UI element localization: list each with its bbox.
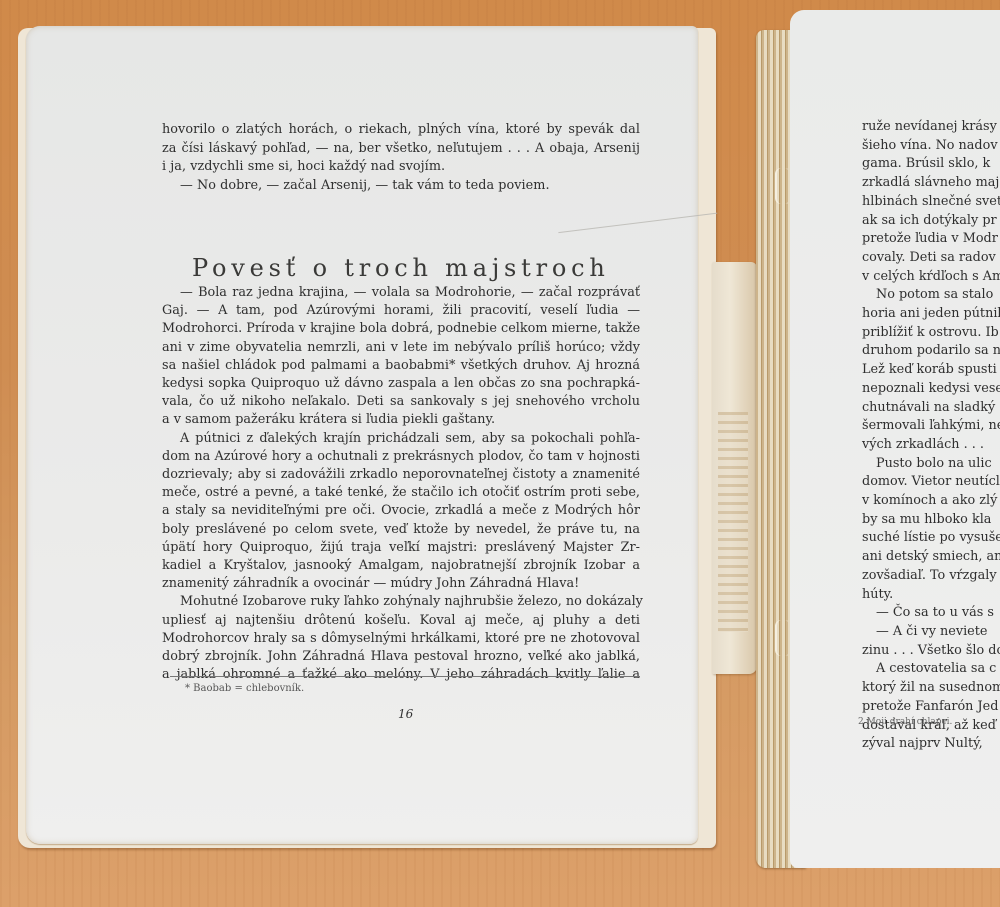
text-line: v komínoch a ako zlý xyxy=(862,492,1000,511)
text-line: by sa mu hlboko kla xyxy=(862,511,1000,530)
text-line: pretože ľudia v Modr xyxy=(862,230,1000,249)
footnote: * Baobab = chlebovník. xyxy=(185,683,304,694)
text-line: kadiel a Kryštalov, jasnooký Amalgam, na… xyxy=(162,557,640,575)
text-line: priblížiť k ostrovu. Ib xyxy=(862,324,1000,343)
text-line: znamenitý záhradník a ovocinár — múdry J… xyxy=(162,575,640,593)
text-line: zovšadiaľ. To vŕzgaly xyxy=(862,567,1000,586)
text-line: zýval najprv Nultý, xyxy=(862,735,1000,754)
text-line: upliesť aj najtenšiu drôtenú košeľu. Kov… xyxy=(162,612,640,630)
page-number: 16 xyxy=(398,707,413,721)
text-line: a v samom pažeráku krátera si ľudia piek… xyxy=(162,411,640,429)
text-line: zrkadlá slávneho maj xyxy=(862,174,1000,193)
text-line: hovorilo o zlatých horách, o riekach, pl… xyxy=(162,121,640,140)
intro-paragraph: hovorilo o zlatých horách, o riekach, pl… xyxy=(162,121,640,195)
binding-thread xyxy=(775,620,791,656)
text-line: boly preslávené po celom svete, veď ktož… xyxy=(162,521,640,539)
text-line: A pútnici z ďalekých krajín prichádzali … xyxy=(162,430,640,448)
story-text: — Bola raz jedna krajina, — volala sa Mo… xyxy=(162,284,640,684)
text-line: a staly sa neviditeľnými pre oči. Ovocie… xyxy=(162,502,640,520)
binding-thread xyxy=(775,168,791,204)
text-line: zinu . . . Všetko šlo do xyxy=(862,642,1000,661)
text-line: ani v zime obyvatelia nemrzli, ani v let… xyxy=(162,339,640,357)
text-line: šermovali ľahkými, ne xyxy=(862,417,1000,436)
text-line: A cestovatelia sa c xyxy=(862,660,1000,679)
text-line: Mohutné Izobarove ruky ľahko zohýnaly na… xyxy=(162,593,640,611)
text-line: covaly. Deti sa radov xyxy=(862,249,1000,268)
right-page-text: ruže nevídanej krásyšieho vína. No nadov… xyxy=(862,118,1000,754)
text-line: — Čo sa to u vás s xyxy=(862,604,1000,623)
right-footnote: 2 Moji drahí chlapci. xyxy=(858,717,952,727)
text-line: chutnávali na sladký xyxy=(862,399,1000,418)
footnote-divider xyxy=(170,676,640,677)
text-line: hlbinách slnečné svet xyxy=(862,193,1000,212)
text-line: suché lístie po vysuše xyxy=(862,529,1000,548)
text-line: pretože Fanfarón Jed xyxy=(862,698,1000,717)
text-line: Gaj. — A tam, pod Azúrovými horami, žili… xyxy=(162,302,640,320)
text-line: Modrohorci. Príroda v krajine bola dobrá… xyxy=(162,320,640,338)
text-line: — A či vy neviete xyxy=(862,623,1000,642)
text-line: šieho vína. No nadov xyxy=(862,137,1000,156)
text-line: domov. Vietor neutícl xyxy=(862,473,1000,492)
text-line: horia ani jeden pútnik xyxy=(862,305,1000,324)
text-line: meče, ostré a pevné, a také tenké, že st… xyxy=(162,484,640,502)
text-line: úpätí hory Quiproquo, žijú traja veľkí m… xyxy=(162,539,640,557)
text-line: — Bola raz jedna krajina, — volala sa Mo… xyxy=(162,284,640,302)
text-line: ruže nevídanej krásy xyxy=(862,118,1000,137)
text-line: dozrievaly; aby si zadovážili zrkadlo ne… xyxy=(162,466,640,484)
torn-page-strip xyxy=(712,262,757,674)
text-line: kedysi sopka Quiproquo už dávno zaspala … xyxy=(162,375,640,393)
text-line: ani detský smiech, an xyxy=(862,548,1000,567)
text-line: druhom podarilo sa n xyxy=(862,342,1000,361)
text-line: dobrý zbrojník. John Záhradná Hlava pest… xyxy=(162,648,640,666)
text-line: ak sa ich dotýkaly pr xyxy=(862,212,1000,231)
text-line: Modrohorcov hraly sa s dômyselnými hrkál… xyxy=(162,630,640,648)
text-line: No potom sa stalo xyxy=(862,286,1000,305)
text-line: Lež keď koráb spusti xyxy=(862,361,1000,380)
text-line: ktorý žil na susednom xyxy=(862,679,1000,698)
text-line: vých zrkadlách . . . xyxy=(862,436,1000,455)
text-line: nepoznali kedysi vese xyxy=(862,380,1000,399)
text-line: Pusto bolo na ulic xyxy=(862,455,1000,474)
text-line: vala, čo už nikoho neľakalo. Deti sa san… xyxy=(162,393,640,411)
chapter-title: Povesť o troch majstroch xyxy=(192,254,612,282)
text-line: sa našiel chládok pod palmami a baobabmi… xyxy=(162,357,640,375)
text-line: húty. xyxy=(862,586,1000,605)
text-line: i ja, vzdychli sme si, hoci každý nad sv… xyxy=(162,158,640,177)
text-line: v celých kŕdľoch s Am xyxy=(862,268,1000,287)
text-line: — No dobre, — začal Arsenij, — tak vám t… xyxy=(162,177,640,196)
text-line: dom na Azúrové hory a ochutnali z prekrá… xyxy=(162,448,640,466)
text-line: gama. Brúsil sklo, k xyxy=(862,155,1000,174)
text-line: za čísi láskavý pohľad, — na, ber všetko… xyxy=(162,140,640,159)
